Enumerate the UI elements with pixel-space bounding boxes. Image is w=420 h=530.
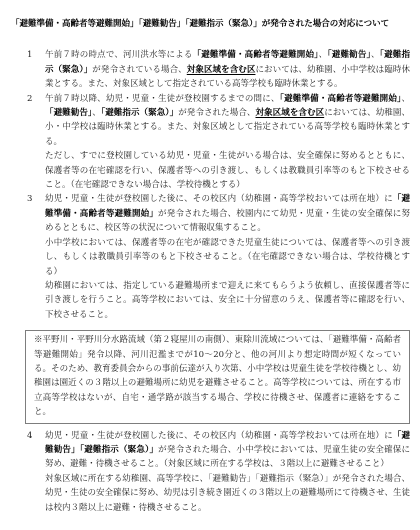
item-number: 3 bbox=[11, 192, 45, 322]
numbered-item: 2午前７時以降、幼児・児童・生徒が登校園するまでの間に、「避難準備・高齢者等避難… bbox=[11, 92, 410, 193]
emphasis-bold: 「避難準備・高齢者等避難開始」 bbox=[280, 94, 402, 104]
numbered-item: 3幼児・児童・生徒が登校園した後に、その校区内（幼稚園・高等学校おいては所在地）… bbox=[11, 192, 410, 322]
text-segment: ※平野川・平野川分水路流域（第２寝屋川の南側）、東除川流域については、「避難準備… bbox=[34, 335, 401, 417]
item-paragraph: 幼稚園においては、指定している避難場所まで迎えに来てもらうよう依頼し、直接保護者… bbox=[45, 279, 410, 322]
item-paragraph: 午前７時以降、幼児・児童・生徒が登校園するまでの間に、「避難準備・高齢者等避難開… bbox=[45, 92, 410, 150]
note-paragraph: ※平野川・平野川分水路流域（第２寝屋川の南側）、東除川流域については、「避難準備… bbox=[34, 333, 401, 419]
item-number: 1 bbox=[11, 48, 45, 91]
text-segment: 午前７時の時点で、河川洪水等による bbox=[45, 50, 193, 60]
emphasis-bold-underline: 対象区域を含む区 bbox=[256, 108, 325, 118]
text-segment: が発令されている場合、 bbox=[92, 65, 186, 75]
item-content: 午前７時の時点で、河川洪水等による「避難準備・高齢者等避難開始」、「避難勧告」、… bbox=[45, 48, 410, 91]
document-page: 「避難準備・高齢者等避難開始」「避難勧告」「避難指示（緊急）」が発令された場合の… bbox=[0, 0, 420, 530]
text-segment: ただし、すでに登校園している幼児・児童・生徒がいる場合は、安全確保に努めるととも… bbox=[45, 151, 410, 190]
text-segment: 、 bbox=[319, 50, 328, 60]
note-box: ※平野川・平野川分水路流域（第２寝屋川の南側）、東除川流域については、「避難準備… bbox=[25, 330, 410, 423]
emphasis-bold: 「避難指示（緊急）」 bbox=[101, 108, 178, 118]
text-segment: 、 bbox=[401, 94, 410, 104]
numbered-item: 1午前７時の時点で、河川洪水等による「避難準備・高齢者等避難開始」、「避難勧告」… bbox=[11, 48, 410, 91]
item-paragraph: ただし、すでに登校園している幼児・児童・生徒がいる場合は、安全確保に努めるととも… bbox=[45, 149, 410, 192]
text-segment: 幼児・児童・生徒が登校園した後に、その校区内（幼稚園・高等学校おいては所在地）に bbox=[45, 431, 393, 441]
text-segment: 、 bbox=[371, 50, 380, 60]
text-segment: が発令された場合、 bbox=[178, 108, 255, 118]
document-body: 1午前７時の時点で、河川洪水等による「避難準備・高齢者等避難開始」、「避難勧告」… bbox=[11, 48, 410, 515]
item-content: 幼児・児童・生徒が登校園した後に、その校区内（幼稚園・高等学校おいては所在地）に… bbox=[45, 192, 410, 322]
text-segment: 対象区域に所在する幼稚園、高等学校に、「避難勧告」「避難指示（緊急）」が発令され… bbox=[45, 474, 410, 513]
item-paragraph: 小中学校においては、保護者等の在宅が確認できた児童生徒については、保護者等への引… bbox=[45, 236, 410, 279]
text-segment: 、 bbox=[92, 108, 101, 118]
item-number: 4 bbox=[11, 429, 45, 515]
emphasis-bold-underline: 対象区域を含む区 bbox=[187, 65, 256, 75]
item-content: 幼児・児童・生徒が登校園した後に、その校区内（幼稚園・高等学校おいては所在地）に… bbox=[45, 429, 410, 515]
emphasis-bold: 「避難準備・高齢者等避難開始」 bbox=[193, 50, 319, 60]
item-paragraph: 対象区域に所在する幼稚園、高等学校に、「避難勧告」「避難指示（緊急）」が発令され… bbox=[45, 472, 410, 515]
item-number: 2 bbox=[11, 92, 45, 193]
item-paragraph: 午前７時の時点で、河川洪水等による「避難準備・高齢者等避難開始」、「避難勧告」、… bbox=[45, 48, 410, 91]
emphasis-bold: 「避難勧告」 bbox=[327, 50, 371, 60]
text-segment: 午前７時以降、幼児・児童・生徒が登校園するまでの間に、 bbox=[45, 94, 280, 104]
text-segment: 小中学校においては、保護者等の在宅が確認できた児童生徒については、保護者等への引… bbox=[45, 238, 410, 277]
item-content: 午前７時以降、幼児・児童・生徒が登校園するまでの間に、「避難準備・高齢者等避難開… bbox=[45, 92, 410, 193]
item-paragraph: 幼児・児童・生徒が登校園した後に、その校区内（幼稚園・高等学校おいては所在地）に… bbox=[45, 429, 410, 472]
item-paragraph: 幼児・児童・生徒が登校園した後に、その校区内（幼稚園・高等学校おいては所在地）に… bbox=[45, 192, 410, 235]
text-segment: 幼児・児童・生徒が登校園した後に、その校区内（幼稚園・高等学校おいては所在地）に bbox=[45, 194, 393, 204]
emphasis-bold: 「避難勧告」 bbox=[45, 108, 92, 118]
text-segment: 幼稚園においては、指定している避難場所まで迎えに来てもらうよう依頼し、直接保護者… bbox=[45, 281, 410, 320]
numbered-item: 4幼児・児童・生徒が登校園した後に、その校区内（幼稚園・高等学校おいては所在地）… bbox=[11, 429, 410, 515]
document-title: 「避難準備・高齢者等避難開始」「避難勧告」「避難指示（緊急）」が発令された場合の… bbox=[11, 17, 410, 31]
